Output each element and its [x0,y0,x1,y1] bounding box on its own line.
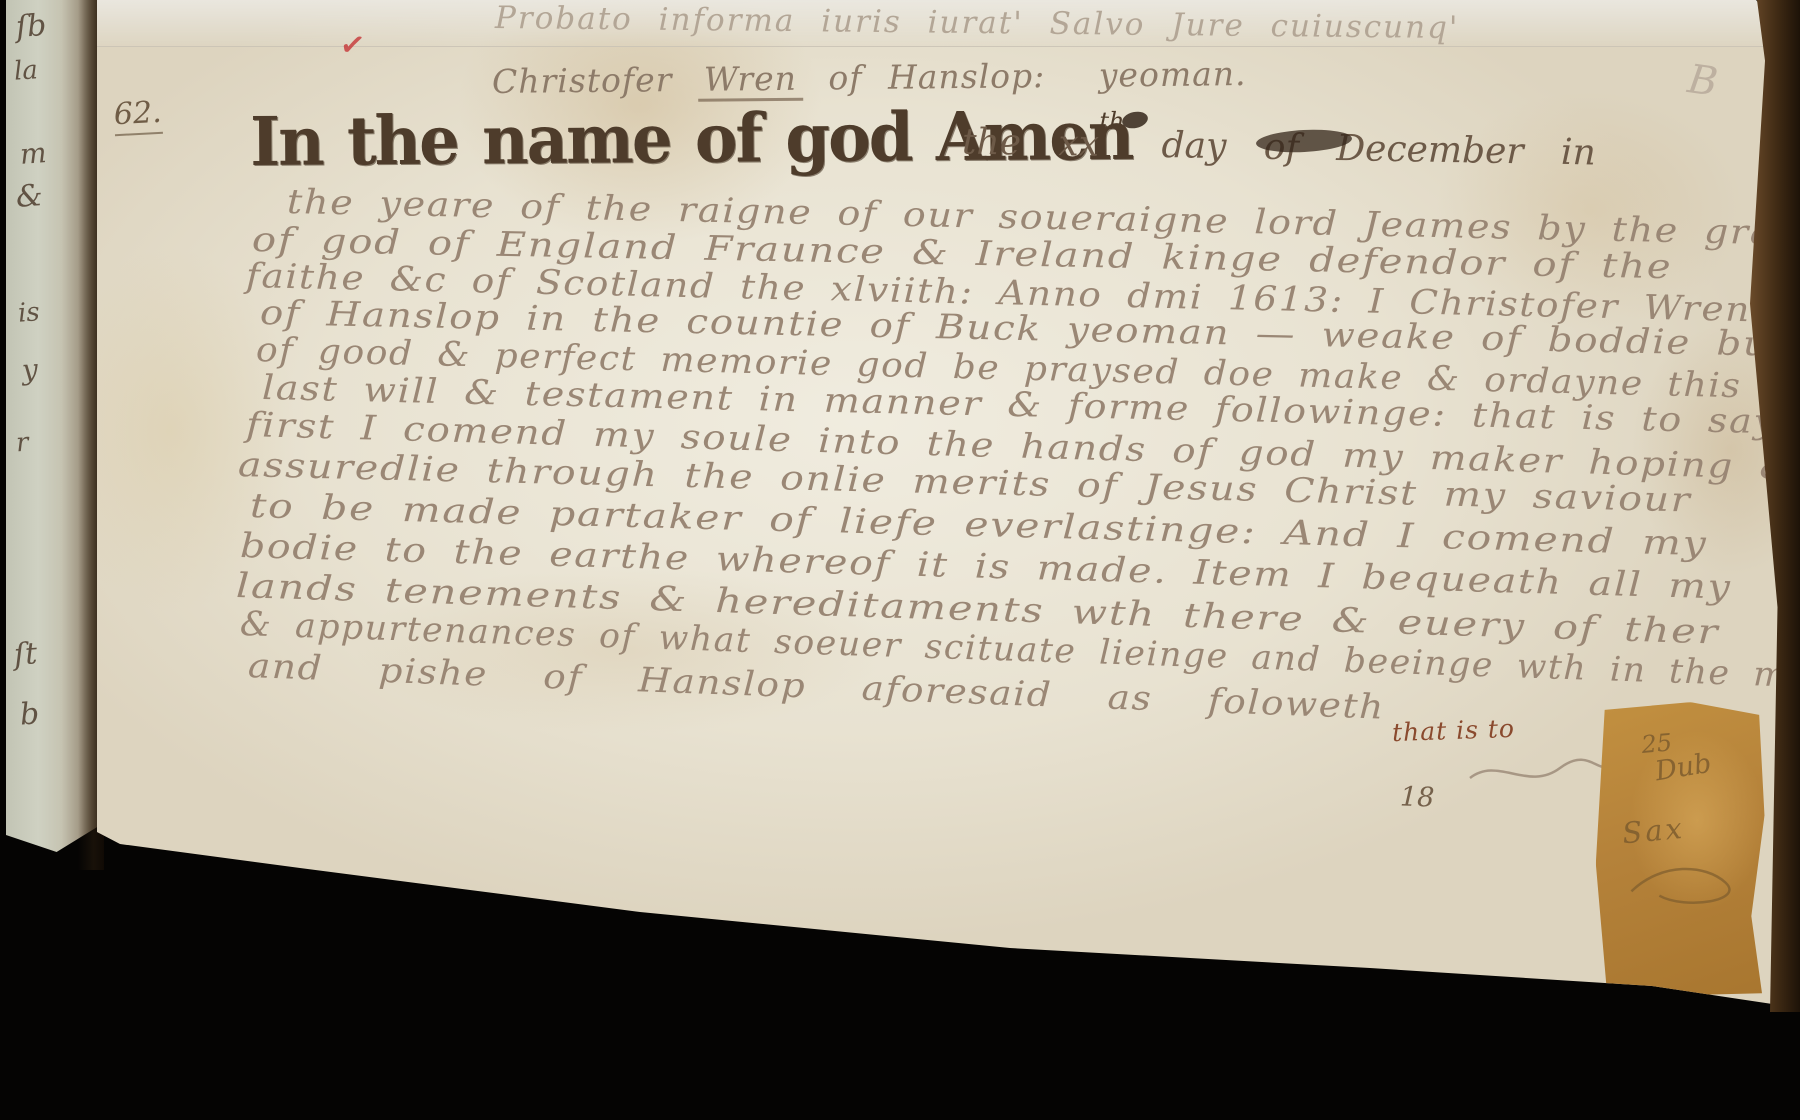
date-pre: the xx [962,121,1100,164]
testator-occupation: yeoman. [1099,54,1247,95]
ink-fragment: ſt [13,639,38,671]
superscript-th: th [1099,107,1125,135]
probate-flourish: B [1685,56,1721,106]
ink-fragment: r [15,430,29,457]
photo-canvas: ſb la m & is y r ſt b Probato informa iu… [0,0,1800,1120]
pen-flourish [1468,748,1618,798]
red-check-mark: ✓ [338,26,368,64]
ink-fragment: ſb [15,11,47,43]
folio-number: 62. [113,95,163,136]
margin-number: 18 [1399,781,1434,813]
testator-surname: Wren [698,59,803,102]
patch-flourish [1625,851,1746,913]
ink-fragment: m [19,139,47,169]
testator-heading: Christofer Wren of Hanslop: yeoman. [492,54,1247,101]
date-post: day of December in [1161,125,1596,174]
testator-place: of Hanslop: [828,56,1045,97]
ink-fragment: is [17,299,40,326]
ink-fragment: & [15,181,44,213]
manuscript-page: Probato informa iuris iurat' Salvo Jure … [0,0,1800,1120]
interlined-note: that is to [1392,714,1516,747]
ink-fragment: y [21,355,39,384]
repair-patch: 25 Dub Sax [1594,701,1766,999]
testator-forename: Christofer [492,60,673,101]
ink-fragment: la [13,57,39,85]
ink-fragment: b [19,699,40,730]
patch-mark: Sax [1621,811,1686,851]
